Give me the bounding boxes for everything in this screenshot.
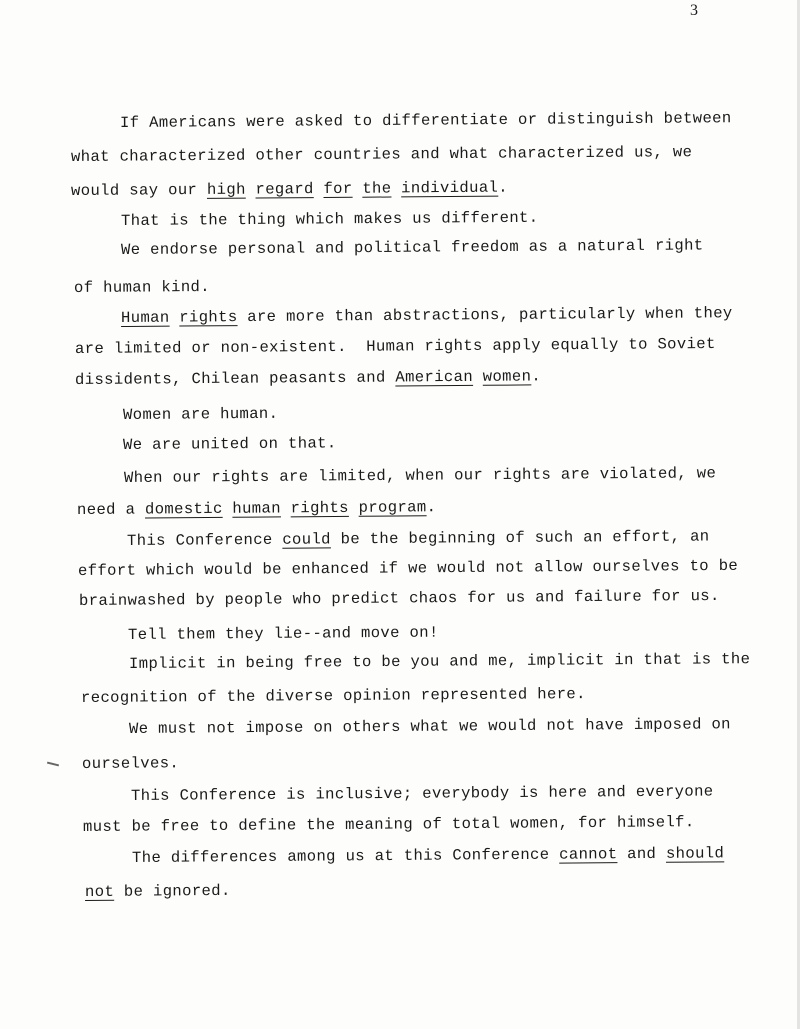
text-line: We are united on that. (123, 434, 337, 454)
text-segment: effort which would be enhanced if we wou… (78, 557, 738, 580)
text-segment: We are united on that. (123, 434, 337, 454)
underlined-text: rights (291, 499, 349, 517)
underlined-text: should (666, 844, 724, 862)
text-line: Tell them they lie--and move on! (128, 624, 439, 644)
text-segment (223, 500, 233, 518)
page-number: 3 (690, 2, 698, 20)
text-line: This Conference could be the beginning o… (127, 527, 710, 550)
underlined-text: rights (179, 308, 237, 326)
text-segment (391, 179, 401, 197)
text-line: Women are human. (123, 405, 278, 424)
text-segment: recognition of the diverse opinion repre… (81, 685, 586, 707)
text-segment: and (617, 845, 666, 863)
text-segment: This Conference is inclusive; everybody … (131, 782, 714, 805)
text-segment: We must not impose on others what we wou… (129, 715, 731, 738)
text-line: That is the thing which makes us differe… (121, 209, 539, 230)
text-line: of human kind. (74, 278, 210, 297)
text-segment: brainwashed by people who predict chaos … (79, 587, 720, 610)
text-segment: . (498, 179, 508, 197)
text-segment: be ignored. (114, 882, 231, 901)
text-line: dissidents, Chilean peasants and America… (75, 367, 541, 389)
text-line: not be ignored. (85, 882, 231, 901)
underlined-text: regard (255, 180, 313, 198)
text-segment (169, 309, 179, 327)
text-line: Implicit in being free to be you and me,… (129, 650, 750, 673)
underlined-text: for (323, 180, 352, 198)
text-segment: . (531, 367, 541, 385)
text-line: This Conference is inclusive; everybody … (131, 782, 714, 805)
text-segment: would say our (71, 181, 207, 200)
underlined-text: program (359, 498, 427, 517)
text-segment: That is the thing which makes us differe… (121, 209, 539, 230)
text-segment (473, 368, 483, 386)
text-line: brainwashed by people who predict chaos … (79, 587, 720, 610)
text-line: We endorse personal and political freedo… (121, 236, 704, 259)
underlined-text: the (362, 179, 391, 197)
text-segment: dissidents, Chilean peasants and (75, 368, 395, 389)
underlined-text: American (395, 368, 473, 387)
text-segment: are more than abstractions, particularly… (237, 304, 732, 326)
text-line: When our rights are limited, when our ri… (124, 464, 716, 487)
text-segment (352, 180, 362, 198)
text-line: must be free to define the meaning of to… (83, 813, 695, 836)
text-segment: must be free to define the meaning of to… (83, 813, 695, 836)
text-segment: This Conference (127, 531, 282, 550)
text-line: recognition of the diverse opinion repre… (81, 685, 586, 707)
text-segment: Implicit in being free to be you and me,… (129, 650, 750, 673)
underlined-text: not (85, 883, 114, 901)
underlined-text: women (483, 367, 532, 385)
text-segment: of human kind. (74, 278, 210, 297)
text-segment: need a (77, 500, 145, 519)
text-segment (281, 499, 291, 517)
margin-pen-mark (47, 762, 59, 767)
underlined-text: domestic (145, 500, 223, 519)
text-segment: Tell them they lie--and move on! (128, 624, 439, 644)
underlined-text: could (282, 530, 331, 548)
underlined-text: human (232, 499, 281, 517)
text-segment: Women are human. (123, 405, 278, 424)
text-line: effort which would be enhanced if we wou… (78, 557, 738, 580)
text-segment: ourselves. (82, 754, 179, 773)
text-segment: The differences among us at this Confere… (132, 846, 559, 867)
text-line: would say our high regard for the indivi… (71, 179, 508, 200)
underlined-text: high (207, 181, 246, 199)
text-line: The differences among us at this Confere… (132, 844, 724, 867)
text-segment: are limited or non-existent. Human right… (75, 335, 716, 358)
text-segment: If Americans were asked to differentiate… (120, 109, 732, 132)
text-line: Human rights are more than abstractions,… (121, 304, 733, 327)
text-segment: We endorse personal and political freedo… (121, 236, 704, 259)
text-line: are limited or non-existent. Human right… (75, 335, 716, 358)
underlined-text: individual (401, 179, 498, 198)
text-line: If Americans were asked to differentiate… (120, 109, 732, 132)
text-line: We must not impose on others what we wou… (129, 715, 731, 738)
text-segment: be the beginning of such an effort, an (331, 527, 710, 548)
underlined-text: cannot (559, 845, 617, 863)
text-line: ourselves. (82, 754, 179, 773)
text-segment (349, 499, 359, 517)
underlined-text: Human (121, 309, 170, 327)
text-segment: . (426, 498, 436, 516)
text-line: need a domestic human rights program. (77, 498, 436, 519)
text-line: what characterized other countries and w… (71, 143, 692, 166)
text-segment: When our rights are limited, when our ri… (124, 464, 716, 487)
text-segment: what characterized other countries and w… (71, 143, 692, 166)
